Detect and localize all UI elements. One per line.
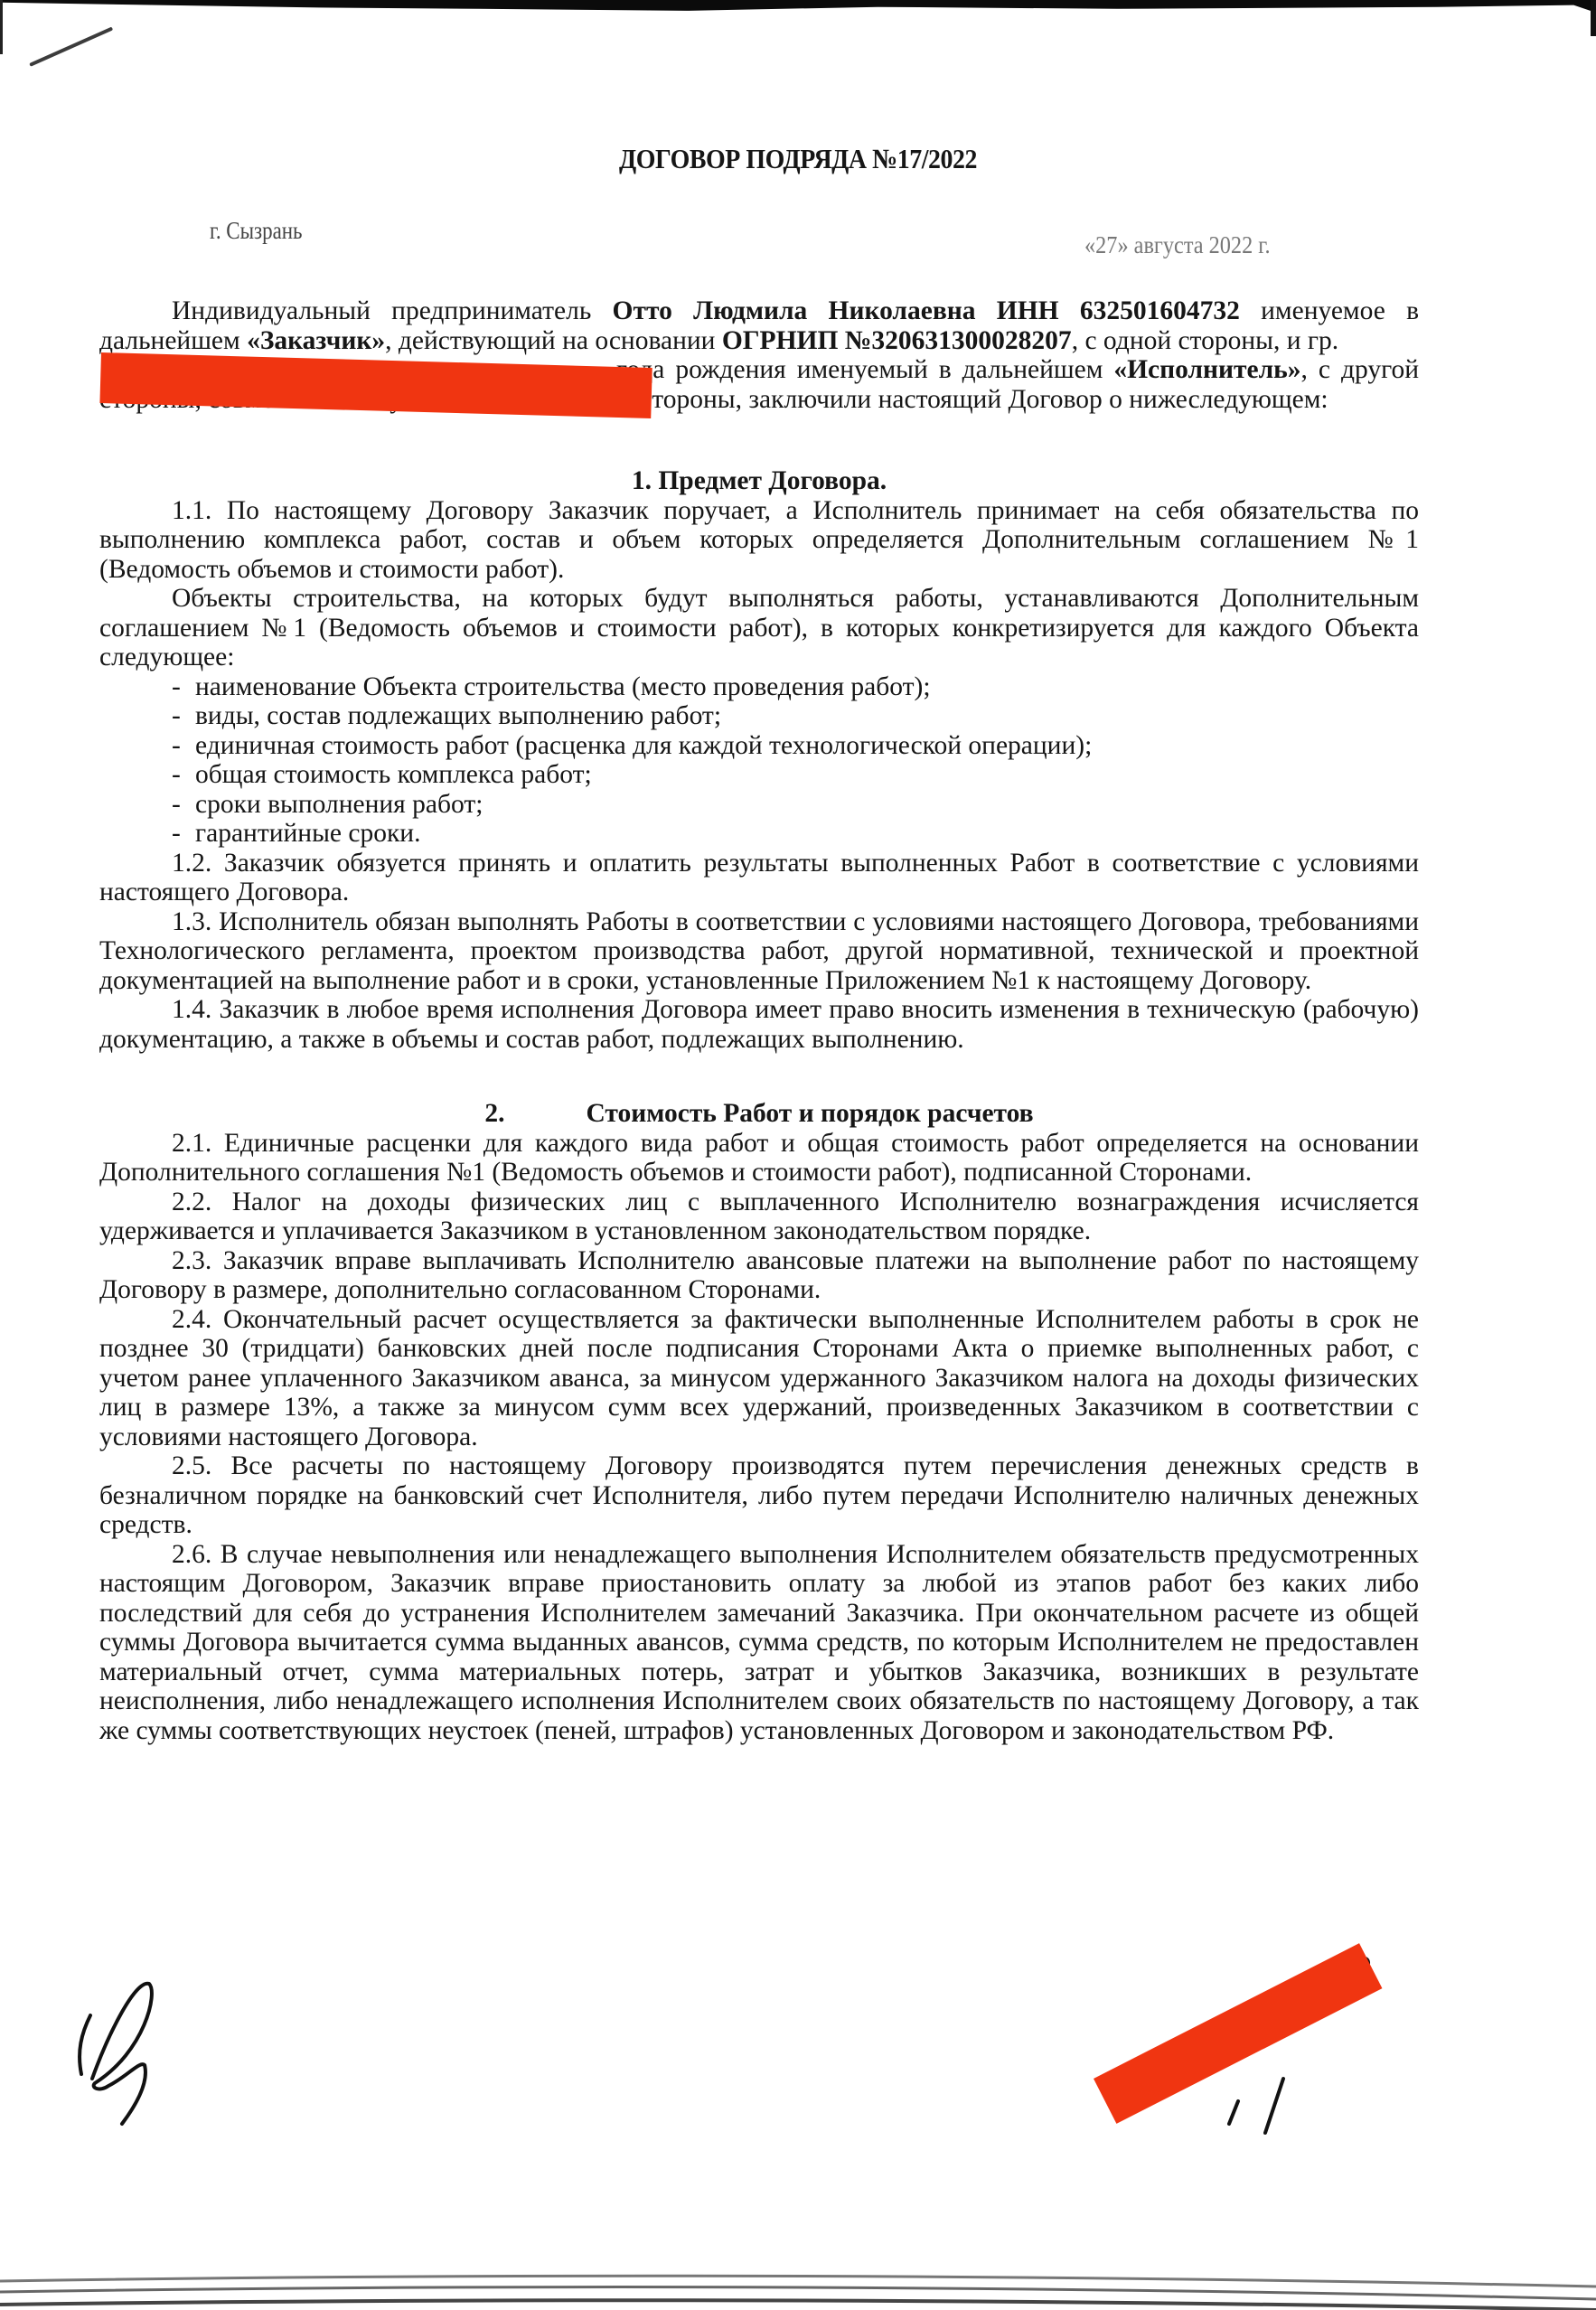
section-1-heading: 1. Предмет Договора. xyxy=(99,466,1419,496)
document-city: г. Сызрань xyxy=(210,217,303,245)
customer-label: «Заказчик» xyxy=(247,326,385,355)
clause-2-3: 2.3. Заказчик вправе выплачивать Исполни… xyxy=(99,1246,1419,1305)
list-item: общая стоимость комплекса работ; xyxy=(172,760,1419,790)
clause-2-5: 2.5. Все расчеты по настоящему Договору … xyxy=(99,1451,1419,1540)
scan-left-edge xyxy=(0,0,3,54)
clause-1-3: 1.3. Исполнитель обязан выполнять Работы… xyxy=(99,907,1419,996)
section-2-heading: 2.Стоимость Работ и порядок расчетов xyxy=(99,1099,1419,1129)
scan-bottom-edge xyxy=(0,2268,1596,2310)
ogrnip-number: ОГРНИП №320631300028207 xyxy=(722,326,1072,355)
clause-objects: Объекты строительства, на которых будут … xyxy=(99,584,1419,672)
clause-2-2: 2.2. Налог на доходы физических лиц с вы… xyxy=(99,1188,1419,1246)
contract-body: Индивидуальный предприниматель Отто Людм… xyxy=(99,296,1419,1745)
clause-2-6: 2.6. В случае невыполнения или ненадлежа… xyxy=(99,1540,1419,1746)
scan-top-edge xyxy=(0,0,1596,13)
party1-name: Отто Людмила Николаевна ИНН 632501604732 xyxy=(613,296,1240,325)
pencil-checkmark xyxy=(29,26,113,66)
list-item: виды, состав подлежащих выполнению работ… xyxy=(172,701,1419,731)
object-details-list: наименование Объекта строительства (мест… xyxy=(172,672,1419,849)
scan-right-edge xyxy=(1591,0,1596,36)
customer-signature xyxy=(54,1952,163,2133)
contractor-label: «Исполнитель» xyxy=(1113,355,1300,384)
list-item: единичная стоимость работ (расценка для … xyxy=(172,731,1419,761)
document-title: ДОГОВОР ПОДРЯДА №17/2022 xyxy=(80,143,1516,175)
list-item: наименование Объекта строительства (мест… xyxy=(172,672,1419,702)
clause-1-1: 1.1. По настоящему Договору Заказчик пор… xyxy=(99,496,1419,585)
clause-1-2: 1.2. Заказчик обязуется принять и оплати… xyxy=(99,849,1419,907)
spacer xyxy=(99,1054,1419,1099)
clause-2-1: 2.1. Единичные расценки для каждого вида… xyxy=(99,1129,1419,1188)
clause-2-4: 2.4. Окончательный расчет осуществляется… xyxy=(99,1305,1419,1452)
clause-1-4: 1.4. Заказчик в любое время исполнения Д… xyxy=(99,995,1419,1054)
list-item: сроки выполнения работ; xyxy=(172,790,1419,820)
list-item: гарантийные сроки. xyxy=(172,819,1419,849)
document-date: «27» августа 2022 г. xyxy=(1084,231,1271,259)
